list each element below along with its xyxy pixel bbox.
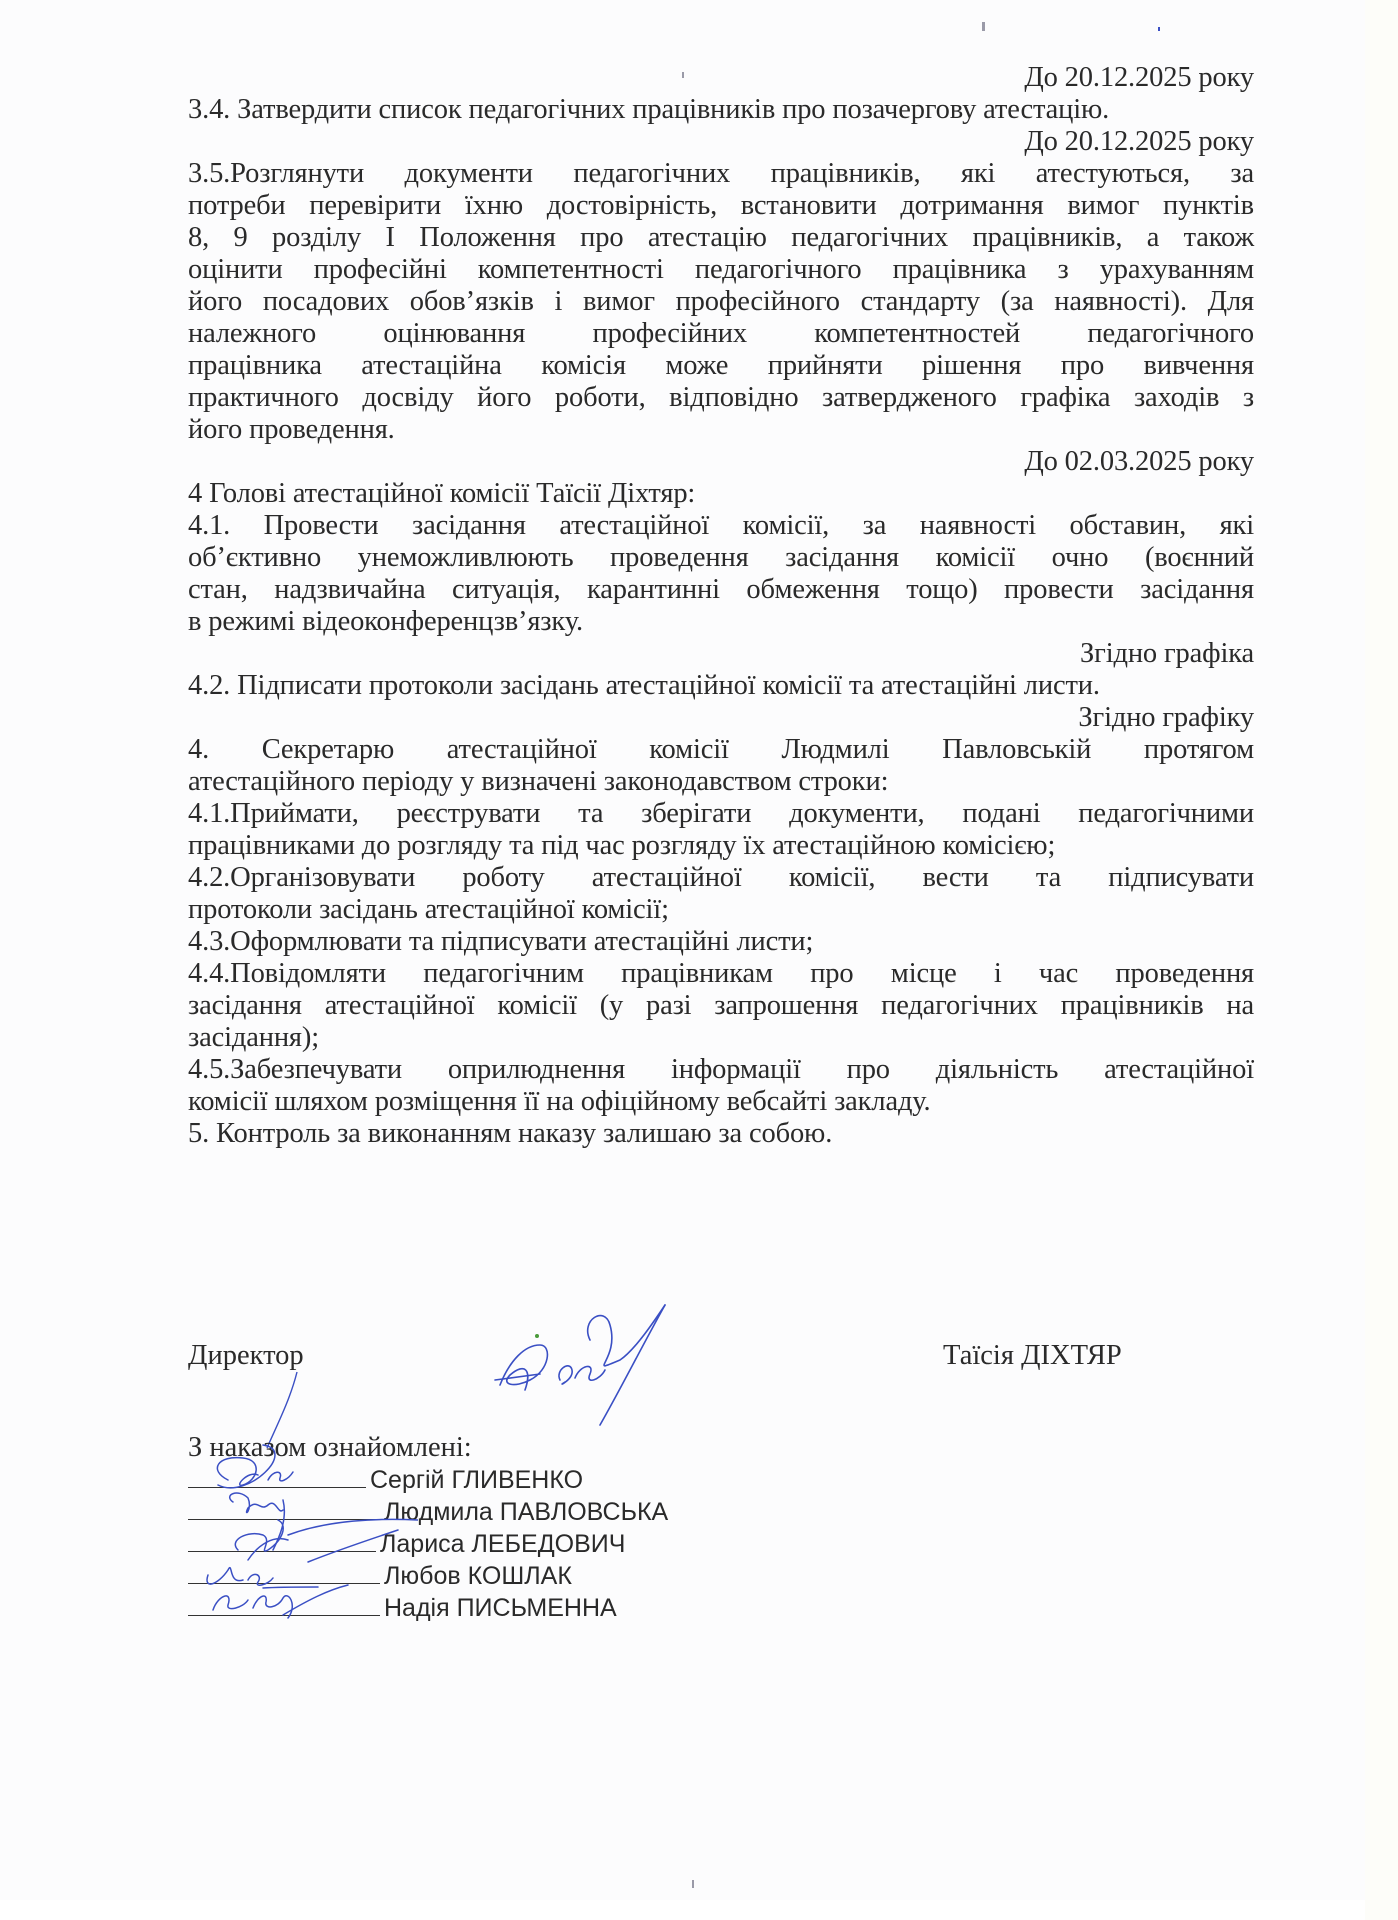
- paragraph-line: 3.4. Затвердити список педагогічних прац…: [188, 94, 1254, 126]
- acknowledgement-row: Надія ПИСЬМЕННА: [188, 1592, 668, 1624]
- person-name: Любов КОШЛАК: [384, 1560, 572, 1592]
- paragraph-line: належного оцінювання професійних компете…: [188, 318, 1254, 350]
- paragraph-line: оцінити професійні компетентності педаго…: [188, 254, 1254, 286]
- acknowledgement-row: Сергій ГЛИВЕНКО: [188, 1464, 668, 1496]
- signature-line: [188, 1529, 376, 1552]
- paragraph-line: комісії шляхом розміщення її на офіційно…: [188, 1086, 1254, 1118]
- signer-title: Директор: [188, 1340, 304, 1372]
- paragraph-line: в режимі відеоконференцзв’язку.: [188, 606, 1254, 638]
- paragraph-line: протоколи засідань атестаційної комісії;: [188, 894, 1254, 926]
- paragraph-line: об’єктивно унеможливлюють проведення зас…: [188, 542, 1254, 574]
- section-heading: 4. Секретарю атестаційної комісії Людмил…: [188, 734, 1254, 766]
- document-body: До 20.12.2025 року 3.4. Затвердити списо…: [188, 62, 1254, 1150]
- paragraph-line: 4.1.Приймати, реєструвати та зберігати д…: [188, 798, 1254, 830]
- acknowledgement-list: Сергій ГЛИВЕНКО Людмила ПАВЛОВСЬКА Ларис…: [188, 1464, 668, 1624]
- signature-line: [188, 1497, 380, 1520]
- deadline-line: Згідно графіку: [188, 702, 1254, 734]
- paragraph-line: працівниками до розгляду та під час розг…: [188, 830, 1254, 862]
- person-name: Надія ПИСЬМЕННА: [384, 1592, 617, 1624]
- paragraph-line: його посадових обов’язків і вимог профес…: [188, 286, 1254, 318]
- scan-speck: [1158, 27, 1160, 31]
- paragraph-line: практичного досвіду його роботи, відпові…: [188, 382, 1254, 414]
- person-name: Людмила ПАВЛОВСЬКА: [384, 1496, 668, 1528]
- paragraph-line: атестаційного періоду у визначені законо…: [188, 766, 1254, 798]
- paragraph-line: 4.2. Підписати протоколи засідань атеста…: [188, 670, 1254, 702]
- paragraph-line: стан, надзвичайна ситуація, карантинні о…: [188, 574, 1254, 606]
- paragraph-line: 5. Контроль за виконанням наказу залишаю…: [188, 1118, 1254, 1150]
- paragraph-line: 4.1. Провести засідання атестаційної ком…: [188, 510, 1254, 542]
- paragraph-line: 4.5.Забезпечувати оприлюднення інформаці…: [188, 1054, 1254, 1086]
- person-name: Лариса ЛЕБЕДОВИЧ: [380, 1528, 625, 1560]
- scan-speck: [982, 22, 985, 31]
- paragraph-line: 3.5.Розглянути документи педагогічних пр…: [188, 158, 1254, 190]
- paragraph-line: 4.2.Організовувати роботу атестаційної к…: [188, 862, 1254, 894]
- page-edge: [1365, 0, 1398, 1920]
- scan-speck: [692, 1880, 694, 1888]
- deadline-line: До 02.03.2025 року: [188, 446, 1254, 478]
- acknowledgement-row: Людмила ПАВЛОВСЬКА: [188, 1496, 668, 1528]
- acknowledgement-row: Лариса ЛЕБЕДОВИЧ: [188, 1528, 668, 1560]
- paragraph-line: 8, 9 розділу I Положення про атестацію п…: [188, 222, 1254, 254]
- director-signature-row: Директор Таїсія ДІХТЯР: [188, 1340, 1148, 1380]
- paragraph-line: 4.4.Повідомляти педагогічним працівникам…: [188, 958, 1254, 990]
- signature-line: [188, 1465, 366, 1488]
- paragraph-line: потреби перевірити їхню достовірність, в…: [188, 190, 1254, 222]
- acknowledgement-heading: З наказом ознайомлені:: [188, 1432, 472, 1464]
- section-heading: 4 Голові атестаційної комісії Таїсії Діх…: [188, 478, 1254, 510]
- acknowledgement-row: Любов КОШЛАК: [188, 1560, 668, 1592]
- deadline-line: Згідно графіка: [188, 638, 1254, 670]
- deadline-line: До 20.12.2025 року: [188, 126, 1254, 158]
- paragraph-line: 4.3.Оформлювати та підписувати атестацій…: [188, 926, 1254, 958]
- deadline-line: До 20.12.2025 року: [188, 62, 1254, 94]
- signature-line: [188, 1593, 380, 1616]
- paragraph-line: його проведення.: [188, 414, 1254, 446]
- paragraph-line: засідання);: [188, 1022, 1254, 1054]
- paragraph-line: працівника атестаційна комісія може прий…: [188, 350, 1254, 382]
- signature-line: [188, 1561, 380, 1584]
- signer-name: Таїсія ДІХТЯР: [943, 1340, 1122, 1372]
- paragraph-line: засідання атестаційної комісії (у разі з…: [188, 990, 1254, 1022]
- person-name: Сергій ГЛИВЕНКО: [370, 1464, 583, 1496]
